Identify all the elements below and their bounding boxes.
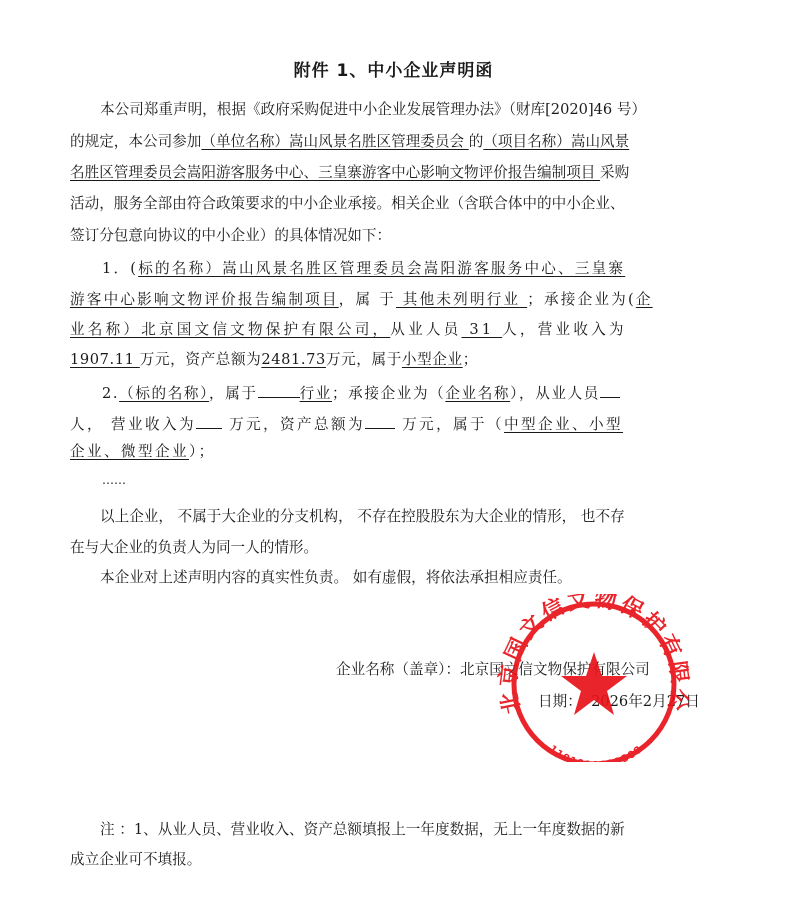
item2-size-cont: 企业、微型企业: [70, 443, 189, 460]
item2-assets-blank: [365, 412, 395, 429]
text: 采购: [600, 164, 629, 181]
text: 营业收入为: [111, 416, 196, 433]
text: 的规定，本公司参加: [70, 133, 201, 150]
text: 人，营业收入为: [502, 321, 627, 338]
company-seal-stamp-icon: 北京国文信文物保护有限公司 1101010111808: [481, 594, 707, 762]
page-title: 附件 1、中小企业声明函: [0, 56, 787, 81]
item1-company-start: 企: [636, 291, 653, 308]
item2-industry: 行业: [300, 385, 332, 402]
item2-line1: 2.（标的名称），属于行业；承接企业为（企业名称），从业人员: [102, 381, 690, 401]
item1-line2: 游客中心影响文物评价报告编制项目，属 于 其他未列明行业 ；承接企业为(企: [70, 290, 690, 310]
item1-line4: 1907.11 万元，资产总额为2481.73万元，属于小型企业；: [70, 350, 690, 370]
paragraph2-line1: 以上企业， 不属于大企业的分支机构， 不存在控股股东为大企业的情形， 也不存: [100, 507, 690, 527]
paragraph1-line1: 本公司郑重声明，根据《政府采购促进中小企业发展管理办法》（财库[2020]46 …: [100, 100, 690, 120]
item2-size: 中型企业、小型: [504, 416, 623, 433]
text: ；: [463, 351, 478, 368]
item1-revenue: 1907.11: [70, 351, 140, 368]
note-line2: 成立企业可不填报。: [70, 850, 201, 870]
item2-line3: 企业、微型企业）；: [70, 442, 690, 462]
text: 人，: [70, 416, 104, 433]
item2-industry-blank: [258, 381, 300, 398]
text: ，属于: [209, 385, 258, 402]
paragraph2-line2: 在与大企业的负责人为同一人的情形。: [70, 538, 690, 558]
item2-employees-blank: [600, 381, 620, 398]
paragraph3: 本企业对上述声明内容的真实性负责。 如有虚假，将依法承担相应责任。: [100, 568, 690, 588]
text: ；承接企业为(: [527, 291, 636, 308]
company-label: 企业名称（盖章）：: [336, 661, 460, 678]
project-name-field-cont: 名胜区管理委员会嵩阳游客服务中心、三皇寨游客中心影响文物评价报告编制项目: [70, 164, 600, 181]
paragraph1-line5: 签订分包意向协议的中小企业）的具体情况如下：: [70, 226, 690, 246]
item1-assets: 2481.73: [261, 351, 326, 368]
text: 万元，资产总额为: [140, 351, 262, 368]
item1-company: 业名称）北京国文信文物保护有限公司，: [70, 321, 390, 338]
item1-line3: 业名称）北京国文信文物保护有限公司，从业人员 31 人，营业收入为: [70, 320, 690, 340]
item2-company: 企业名称: [445, 385, 510, 402]
note-line1: 注 ：1、从业人员、营业收入、资产总额填报上一年度数据，无上一年度数据的新: [100, 820, 625, 840]
item1-industry: 其他未列明行业: [396, 291, 527, 308]
paragraph1-line3: 名胜区管理委员会嵩阳游客服务中心、三皇寨游客中心影响文物评价报告编制项目 采购: [70, 163, 690, 183]
paragraph1-line4: 活动，服务全部由符合政策要求的中小企业承接。相关企业（含联合体中的中小企业、: [70, 194, 690, 214]
text: 万元，属于: [326, 351, 402, 368]
text: ）；: [189, 443, 216, 460]
ellipsis: ……: [102, 470, 722, 490]
item2-subject: （标的名称）: [119, 385, 209, 402]
item1-number: 1．(: [102, 260, 138, 277]
item1-size: 小型企业: [402, 351, 463, 368]
item1-employees: 31: [461, 321, 502, 338]
text: 从业人员: [390, 321, 461, 338]
item2-number: 2.: [102, 385, 119, 402]
text: 的: [469, 133, 484, 150]
text: 万元，属于（: [402, 416, 504, 433]
document-page: 附件 1、中小企业声明函 本公司郑重声明，根据《政府采购促进中小企业发展管理办法…: [0, 0, 787, 916]
text: ；承接企业为（: [332, 385, 445, 402]
item1-subject-cont: 游客中心影响文物评价报告编制项目: [70, 291, 339, 308]
text: ），从业人员: [510, 385, 600, 402]
paragraph1-line2: 的规定，本公司参加（单位名称）嵩山风景名胜区管理委员会 的（项目名称）嵩山风景: [70, 132, 690, 152]
text: 万元，资产总额为: [229, 416, 365, 433]
text: ，属 于: [339, 291, 396, 308]
item2-line2: 人， 营业收入为 万元，资产总额为 万元，属于（中型企业、小型: [70, 412, 690, 432]
unit-name-field: （单位名称）嵩山风景名胜区管理委员会: [201, 133, 468, 150]
item1-subject: 标的名称）嵩山风景名胜区管理委员会嵩阳游客服务中心、三皇寨: [138, 260, 625, 277]
item2-revenue-blank: [196, 412, 222, 429]
project-name-field: （项目名称）嵩山风景: [483, 133, 629, 150]
item1-line1: 1．(标的名称）嵩山风景名胜区管理委员会嵩阳游客服务中心、三皇寨: [102, 259, 690, 279]
